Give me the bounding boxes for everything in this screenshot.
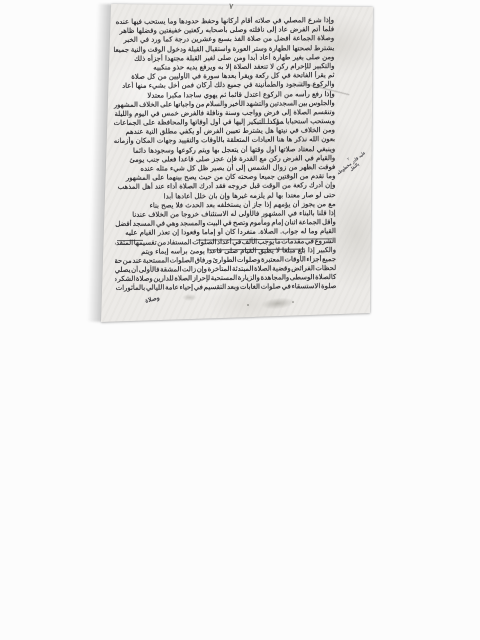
manuscript-text-block: وإذا شرع المصلي في صلاته أقام أركانها وح… <box>113 16 336 294</box>
text-line: صلوة الاستسقاء في صلوات الغابات وبعد الت… <box>115 282 336 293</box>
manuscript-page: وإذا شرع المصلي في صلاته أقام أركانها وح… <box>0 0 480 640</box>
ink-speck <box>247 304 249 306</box>
catchword: وصلاة <box>144 294 160 304</box>
ink-speck <box>292 301 294 303</box>
rubrication-overline <box>255 122 284 123</box>
rubrication-overline <box>207 248 305 250</box>
page-wrap: وإذا شرع المصلي في صلاته أقام أركانها وح… <box>0 0 480 640</box>
ink-stain <box>182 294 197 301</box>
margin-note: ٢ عليه قادر مخطوطه بالنقل <box>329 143 375 183</box>
ink-stain <box>261 296 296 310</box>
scan-background: وإذا شرع المصلي في صلاته أقام أركانها وح… <box>0 0 480 640</box>
